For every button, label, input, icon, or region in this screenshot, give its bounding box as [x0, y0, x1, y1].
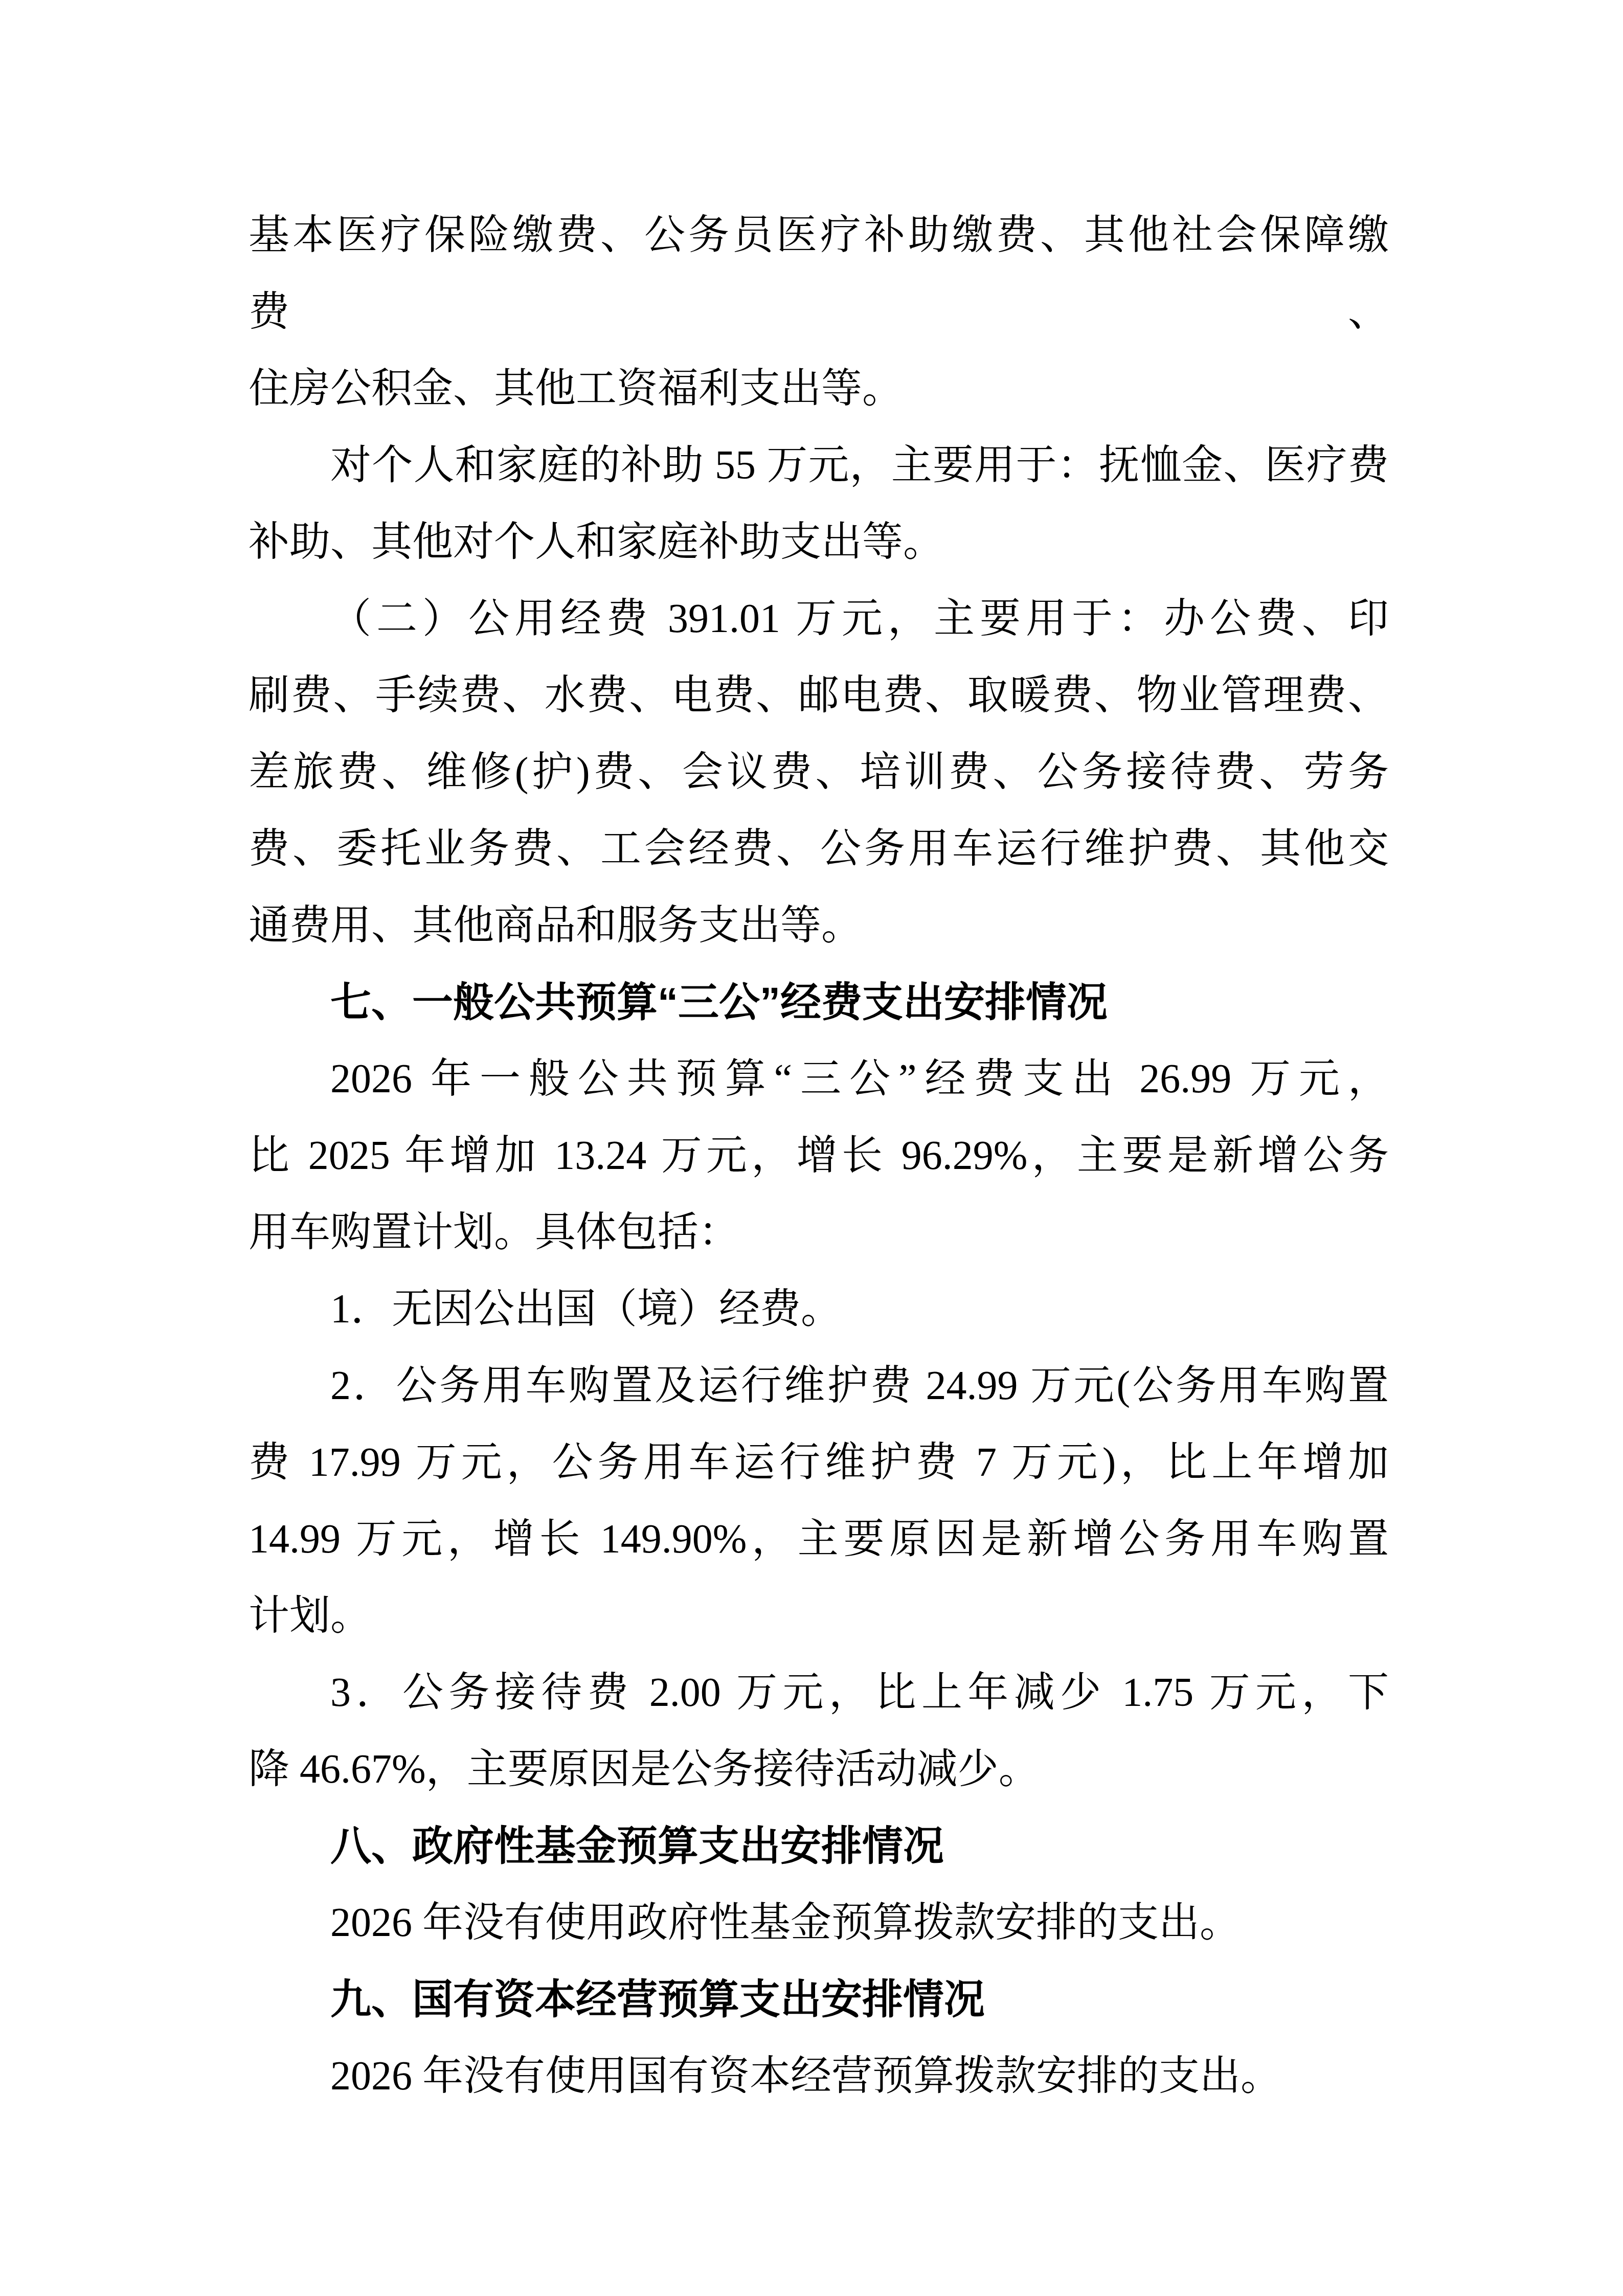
document-line: 费、委托业务费、工会经费、公务用车运行维护费、其他交 [249, 811, 1389, 887]
document-line: 对个人和家庭的补助 55 万元，主要用于：抚恤金、医疗费 [249, 427, 1389, 504]
document-line: 2026 年没有使用国有资本经营预算拨款安排的支出。 [249, 2038, 1389, 2114]
document-line: 费 17.99 万元，公务用车运行维护费 7 万元)，比上年增加 [249, 1424, 1389, 1501]
document-body: 基本医疗保险缴费、公务员医疗补助缴费、其他社会保障缴费、住房公积金、其他工资福利… [249, 197, 1389, 2114]
document-line: （二）公用经费 391.01 万元，主要用于：办公费、印 [249, 580, 1389, 657]
budget-document-page: 基本医疗保险缴费、公务员医疗补助缴费、其他社会保障缴费、住房公积金、其他工资福利… [0, 0, 1623, 2296]
document-line: 1．无因公出国（境）经费。 [249, 1271, 1389, 1347]
document-line: 基本医疗保险缴费、公务员医疗补助缴费、其他社会保障缴费、 [249, 197, 1389, 350]
document-line: 14.99 万元，增长 149.90%，主要原因是新增公务用车购置 [249, 1501, 1389, 1578]
document-line: 2．公务用车购置及运行维护费 24.99 万元(公务用车购置 [249, 1347, 1389, 1424]
document-line: 补助、其他对个人和家庭补助支出等。 [249, 504, 1389, 580]
document-line: 用车购置计划。具体包括： [249, 1194, 1389, 1271]
document-line: 通费用、其他商品和服务支出等。 [249, 887, 1389, 964]
section-heading: 九、国有资本经营预算支出安排情况 [249, 1961, 1389, 2038]
section-heading: 七、一般公共预算“三公”经费支出安排情况 [249, 964, 1389, 1041]
document-line: 住房公积金、其他工资福利支出等。 [249, 350, 1389, 427]
document-line: 比 2025 年增加 13.24 万元，增长 96.29%，主要是新增公务 [249, 1117, 1389, 1194]
document-line: 差旅费、维修(护)费、会议费、培训费、公务接待费、劳务 [249, 734, 1389, 811]
document-line: 计划。 [249, 1578, 1389, 1654]
document-line: 3．公务接待费 2.00 万元，比上年减少 1.75 万元，下 [249, 1654, 1389, 1731]
document-line: 2026 年没有使用政府性基金预算拨款安排的支出。 [249, 1884, 1389, 1961]
document-line: 刷费、手续费、水费、电费、邮电费、取暖费、物业管理费、 [249, 657, 1389, 734]
section-heading: 八、政府性基金预算支出安排情况 [249, 1808, 1389, 1884]
document-line: 2026 年一般公共预算“三公”经费支出 26.99 万元， [249, 1041, 1389, 1117]
document-line: 降 46.67%，主要原因是公务接待活动减少。 [249, 1731, 1389, 1808]
